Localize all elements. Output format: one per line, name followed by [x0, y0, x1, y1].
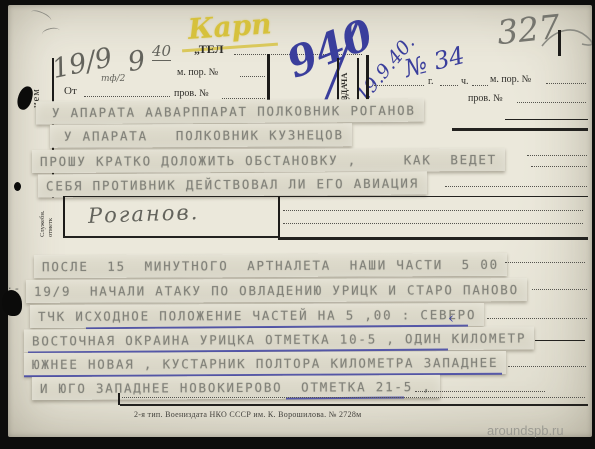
telegraph-tape-line: ПОСЛЕ 15 МИНУТНОГО АРТНАЛЕТА НАШИ ЧАСТИ …	[34, 253, 507, 278]
handwritten-time-minutes: 40	[152, 42, 171, 61]
photo-of-telegram: ием 19/9 тф/2 9 40 Карп „ТЕЛ м. пор. № О…	[0, 0, 595, 449]
form-rule	[63, 196, 588, 197]
form-rule	[120, 404, 588, 406]
form-dotted-line	[283, 210, 583, 211]
check-number-label-left: пров. №	[174, 88, 209, 99]
form-dotted-line	[240, 76, 265, 77]
form-dotted-line	[283, 223, 583, 224]
form-rule	[505, 119, 588, 120]
telegraph-tape-line: У АПАРАТА ААВАРППАРАТ ПОЛКОВНИК РОГАНОВ	[36, 99, 424, 125]
form-dotted-line	[505, 262, 585, 263]
form-dotted-line	[122, 397, 585, 398]
form-rule-thick	[278, 237, 588, 240]
telegraph-tape-line: У АПАРАТА ПОЛКОВНИК КУЗНЕЦОВ	[50, 123, 352, 148]
yellow-marker-note: Карп	[187, 7, 273, 46]
print-shop-imprint: 2-я тип. Воениздата НКО СССР им. К. Воро…	[134, 410, 362, 419]
ink-blot	[14, 182, 21, 191]
form-dotted-line	[415, 391, 545, 392]
handwritten-signature: Роганов.	[88, 200, 200, 228]
form-dotted-line	[84, 96, 170, 97]
form-dotted-line	[445, 186, 587, 187]
hour-label: ч.	[461, 76, 469, 87]
form-vertical-rule	[278, 196, 280, 238]
from-label: От	[64, 85, 77, 97]
handwritten-tf-note: тф/2	[101, 74, 125, 84]
pencil-flourish	[540, 24, 592, 52]
telegraph-tape-line: ПРОШУ КРАТКО ДОЛОЖИТЬ ОБСТАНОВКУ , КАК В…	[32, 148, 505, 173]
form-dotted-line	[531, 166, 587, 167]
form-dotted-line	[532, 289, 587, 290]
form-dotted-line	[472, 85, 488, 86]
form-vertical-rule	[267, 54, 270, 106]
form-dotted-line	[487, 318, 587, 319]
pencil-tick: · -	[8, 282, 19, 295]
form-rule	[535, 340, 585, 341]
form-dotted-line	[546, 83, 586, 84]
serial-number-label-left: м. пор. №	[177, 67, 218, 78]
form-dotted-line	[517, 102, 586, 103]
tel-label: „ТЕЛ	[194, 42, 224, 57]
form-dotted-line	[508, 366, 586, 367]
check-number-label-right: пров. №	[468, 93, 503, 104]
service-notes-vertical-label: отметк	[47, 199, 54, 237]
form-vertical-rule	[558, 30, 561, 56]
service-notes-vertical-label: Служебн.	[39, 197, 46, 237]
form-dotted-line	[374, 85, 424, 86]
form-dotted-line	[527, 155, 587, 156]
form-vertical-rule	[63, 196, 65, 238]
telegraph-tape-line: СЕБЯ ПРОТИВНИК ДЕЙСТВОВАЛ ЛИ ЕГО АВИАЦИЯ	[38, 171, 427, 197]
form-rule-thick	[452, 128, 588, 131]
form-rule	[63, 236, 278, 238]
year-label: г.	[428, 76, 433, 87]
serial-number-label-right: м. пор. №	[490, 74, 531, 85]
site-watermark: aroundspb.ru	[487, 423, 564, 438]
form-dotted-line	[440, 85, 458, 86]
telegraph-tape-line: 19/9 НАЧАЛИ АТАКУ ПО ОВЛАДЕНИЮ УРИЦК И С…	[26, 278, 527, 303]
telegraph-tape-line: ВОСТОЧНАЯ ОКРАИНА УРИЦКА ОТМЕТКА 10-5 , …	[24, 326, 534, 352]
submission-column-vertical-label: ВДАЧА	[339, 59, 349, 101]
